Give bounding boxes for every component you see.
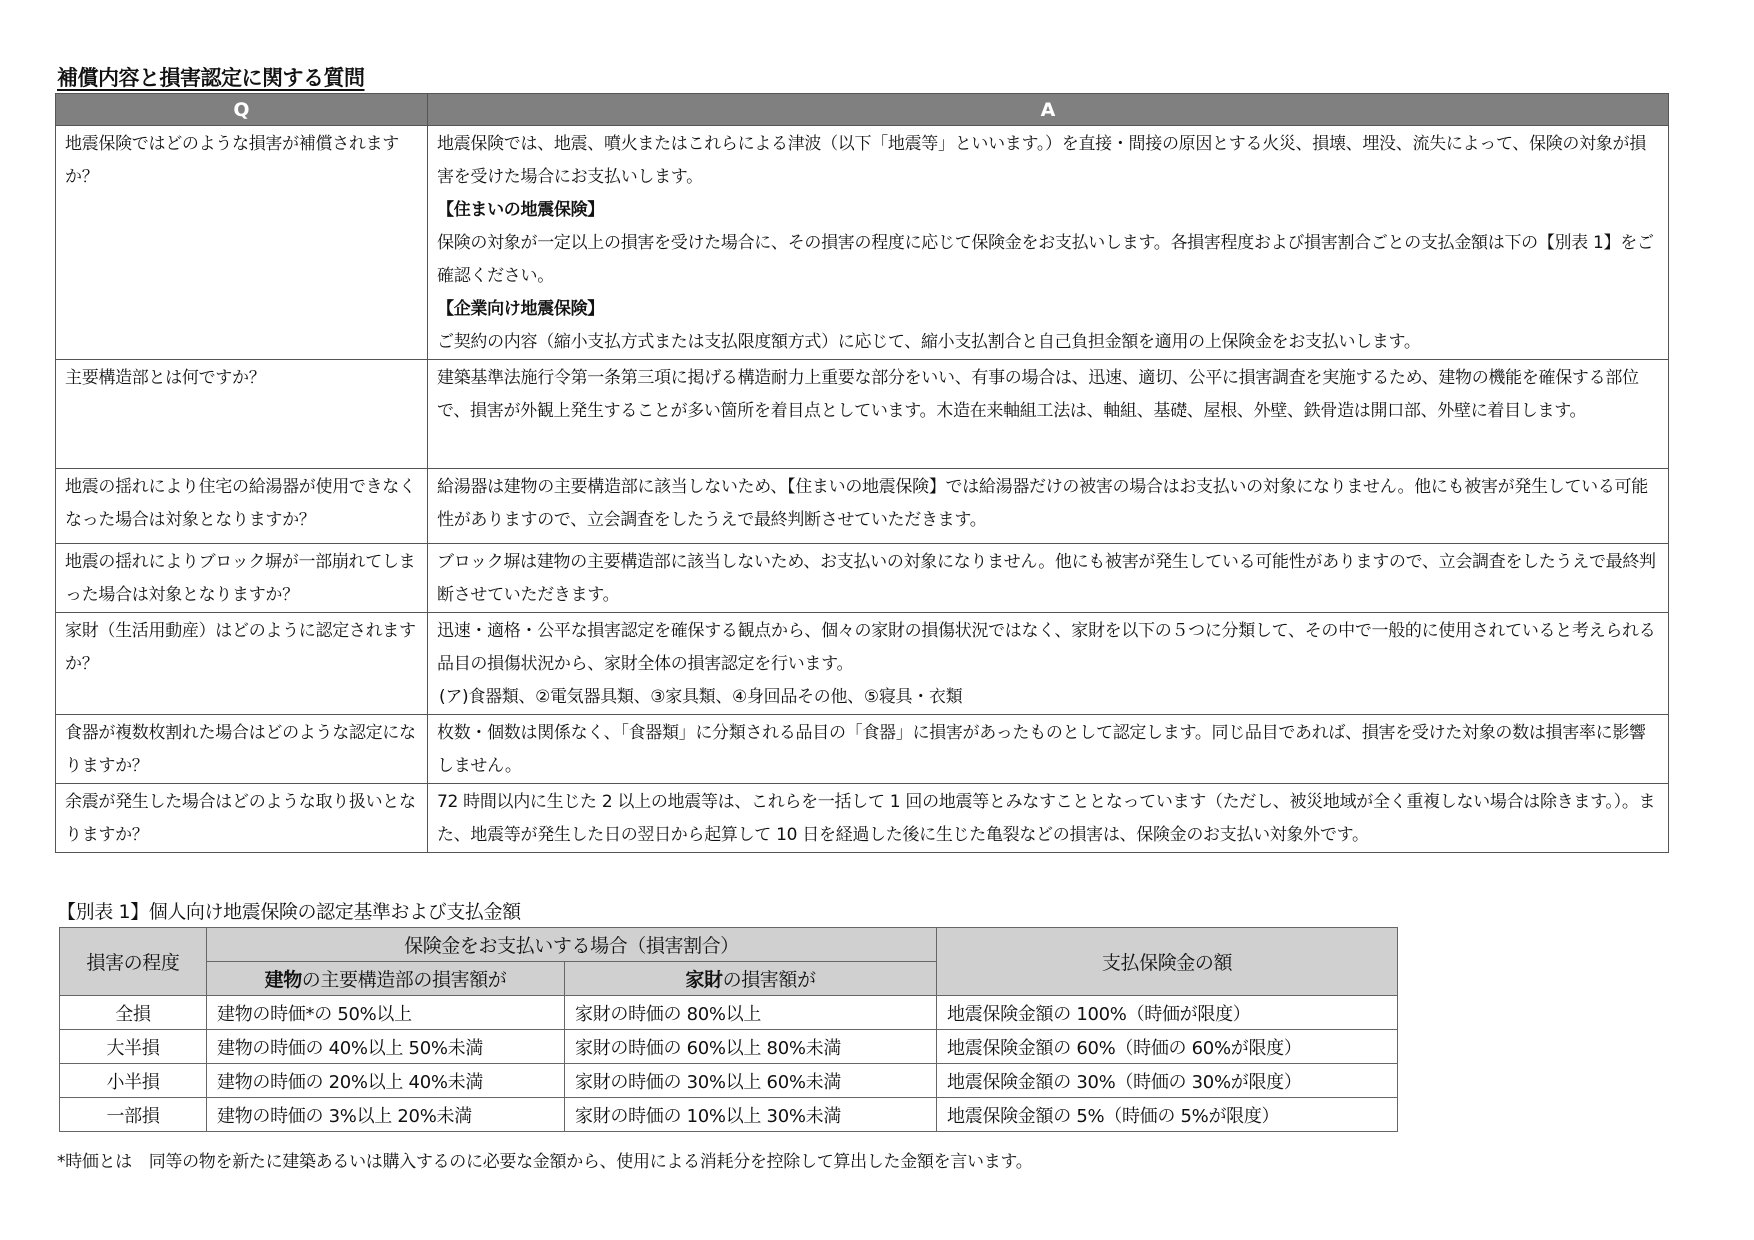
footnote: *時価とは 同等の物を新たに建築あるいは購入するのに必要な金額から、使用による消… [57,1147,1032,1172]
faq-answer: 地震保険では、地震、噴火またはこれらによる津波（以下「地震等」といいます。）を直… [428,126,1669,360]
faq-row: 主要構造部とは何ですか？ 建築基準法施行令第一条第三項に掲げる構造耐力上重要な部… [56,360,1669,469]
faq-table: Q A 地震保険ではどのような損害が補償されますか？ 地震保険では、地震、噴火ま… [55,93,1669,853]
rate-table-caption: 【別表 1】個人向け地震保険の認定基準および支払金額 [57,897,521,924]
payout-amount: 地震保険金額の 5%（時価の 5%が限度） [937,1098,1398,1132]
faq-question: 地震の揺れにより住宅の給湯器が使用できなくなった場合は対象となりますか？ [56,469,428,544]
header-contents-rest: の損害額が [723,969,816,991]
faq-row: 食器が複数枚割れた場合はどのような認定になりますか？ 枚数・個数は関係なく、「食… [56,715,1669,784]
faq-answer: 建築基準法施行令第一条第三項に掲げる構造耐力上重要な部分をいい、有事の場合は、迅… [428,360,1669,469]
faq-row: 家財（生活用動産）はどのように認定されますか？ 迅速・適格・公平な損害認定を確保… [56,613,1669,715]
rate-table: 損害の程度 保険金をお支払いする場合（損害割合） 支払保険金の額 建物の主要構造… [59,927,1398,1132]
building-criteria: 建物の時価の 3%以上 20%未満 [207,1098,565,1132]
contents-criteria: 家財の時価の 30%以上 60%未満 [565,1064,937,1098]
payout-amount: 地震保険金額の 30%（時価の 30%が限度） [937,1064,1398,1098]
category-list: (ア)食器類、②電気器具類、③家具類、④身回品その他、⑤寝具・衣類 [437,681,1659,714]
faq-row: 地震の揺れによりブロック塀が一部崩れてしまった場合は対象となりますか？ ブロック… [56,544,1669,613]
answer-text: 地震保険では、地震、噴火またはこれらによる津波（以下「地震等」といいます。）を直… [437,128,1659,194]
rate-header-row-1: 損害の程度 保険金をお支払いする場合（損害割合） 支払保険金の額 [60,928,1398,962]
header-building-damage: 建物の主要構造部の損害額が [207,962,565,996]
faq-question: 食器が複数枚割れた場合はどのような認定になりますか？ [56,715,428,784]
faq-answer: ブロック塀は建物の主要構造部に該当しないため、お支払いの対象になりません。他にも… [428,544,1669,613]
faq-question: 地震の揺れによりブロック塀が一部崩れてしまった場合は対象となりますか？ [56,544,428,613]
header-payout-amount: 支払保険金の額 [937,928,1398,996]
payout-amount: 地震保険金額の 60%（時価の 60%が限度） [937,1030,1398,1064]
rate-row: 一部損 建物の時価の 3%以上 20%未満 家財の時価の 10%以上 30%未満… [60,1098,1398,1132]
header-payment-case: 保険金をお支払いする場合（損害割合） [207,928,937,962]
faq-answer: 枚数・個数は関係なく、「食器類」に分類される品目の「食器」に損害があったものとし… [428,715,1669,784]
building-criteria: 建物の時価の 40%以上 50%未満 [207,1030,565,1064]
faq-header-row: Q A [56,94,1669,126]
faq-header-a: A [428,94,1669,126]
faq-answer: 72 時間以内に生じた 2 以上の地震等は、これらを一括して 1 回の地震等とみ… [428,784,1669,853]
header-contents-bold: 家財 [685,969,722,991]
faq-question: 余震が発生した場合はどのような取り扱いとなりますか？ [56,784,428,853]
faq-row: 地震保険ではどのような損害が補償されますか？ 地震保険では、地震、噴火またはこれ… [56,126,1669,360]
faq-question: 家財（生活用動産）はどのように認定されますか？ [56,613,428,715]
section-text-residential: 保険の対象が一定以上の損害を受けた場合に、その損害の程度に応じて保険金をお支払い… [437,227,1659,293]
faq-header-q: Q [56,94,428,126]
rate-row: 大半損 建物の時価の 40%以上 50%未満 家財の時価の 60%以上 80%未… [60,1030,1398,1064]
answer-text: 迅速・適格・公平な損害認定を確保する観点から、個々の家財の損傷状況ではなく、家財… [437,615,1659,681]
rate-row: 全損 建物の時価*の 50%以上 家財の時価の 80%以上 地震保険金額の 10… [60,996,1398,1030]
damage-grade: 大半損 [60,1030,207,1064]
faq-answer: 迅速・適格・公平な損害認定を確保する観点から、個々の家財の損傷状況ではなく、家財… [428,613,1669,715]
damage-grade: 小半損 [60,1064,207,1098]
section-heading-residential: 【住まいの地震保険】 [437,194,1659,227]
rate-row: 小半損 建物の時価の 20%以上 40%未満 家財の時価の 30%以上 60%未… [60,1064,1398,1098]
building-criteria: 建物の時価の 20%以上 40%未満 [207,1064,565,1098]
header-contents-damage: 家財の損害額が [565,962,937,996]
contents-criteria: 家財の時価の 60%以上 80%未満 [565,1030,937,1064]
contents-criteria: 家財の時価の 10%以上 30%未満 [565,1098,937,1132]
faq-row: 地震の揺れにより住宅の給湯器が使用できなくなった場合は対象となりますか？ 給湯器… [56,469,1669,544]
section-heading-corporate: 【企業向け地震保険】 [437,293,1659,326]
faq-question: 主要構造部とは何ですか？ [56,360,428,469]
page-title: 補償内容と損害認定に関する質問 [57,62,365,92]
damage-grade: 全損 [60,996,207,1030]
header-building-rest: の主要構造部の損害額が [302,969,507,991]
faq-question: 地震保険ではどのような損害が補償されますか？ [56,126,428,360]
payout-amount: 地震保険金額の 100%（時価が限度） [937,996,1398,1030]
section-text-corporate: ご契約の内容（縮小支払方式または支払限度額方式）に応じて、縮小支払割合と自己負担… [437,326,1659,359]
building-criteria: 建物の時価*の 50%以上 [207,996,565,1030]
contents-criteria: 家財の時価の 80%以上 [565,996,937,1030]
damage-grade: 一部損 [60,1098,207,1132]
header-building-bold: 建物 [265,969,302,991]
faq-answer: 給湯器は建物の主要構造部に該当しないため、【住まいの地震保険】では給湯器だけの被… [428,469,1669,544]
header-damage-grade: 損害の程度 [60,928,207,996]
faq-row: 余震が発生した場合はどのような取り扱いとなりますか？ 72 時間以内に生じた 2… [56,784,1669,853]
